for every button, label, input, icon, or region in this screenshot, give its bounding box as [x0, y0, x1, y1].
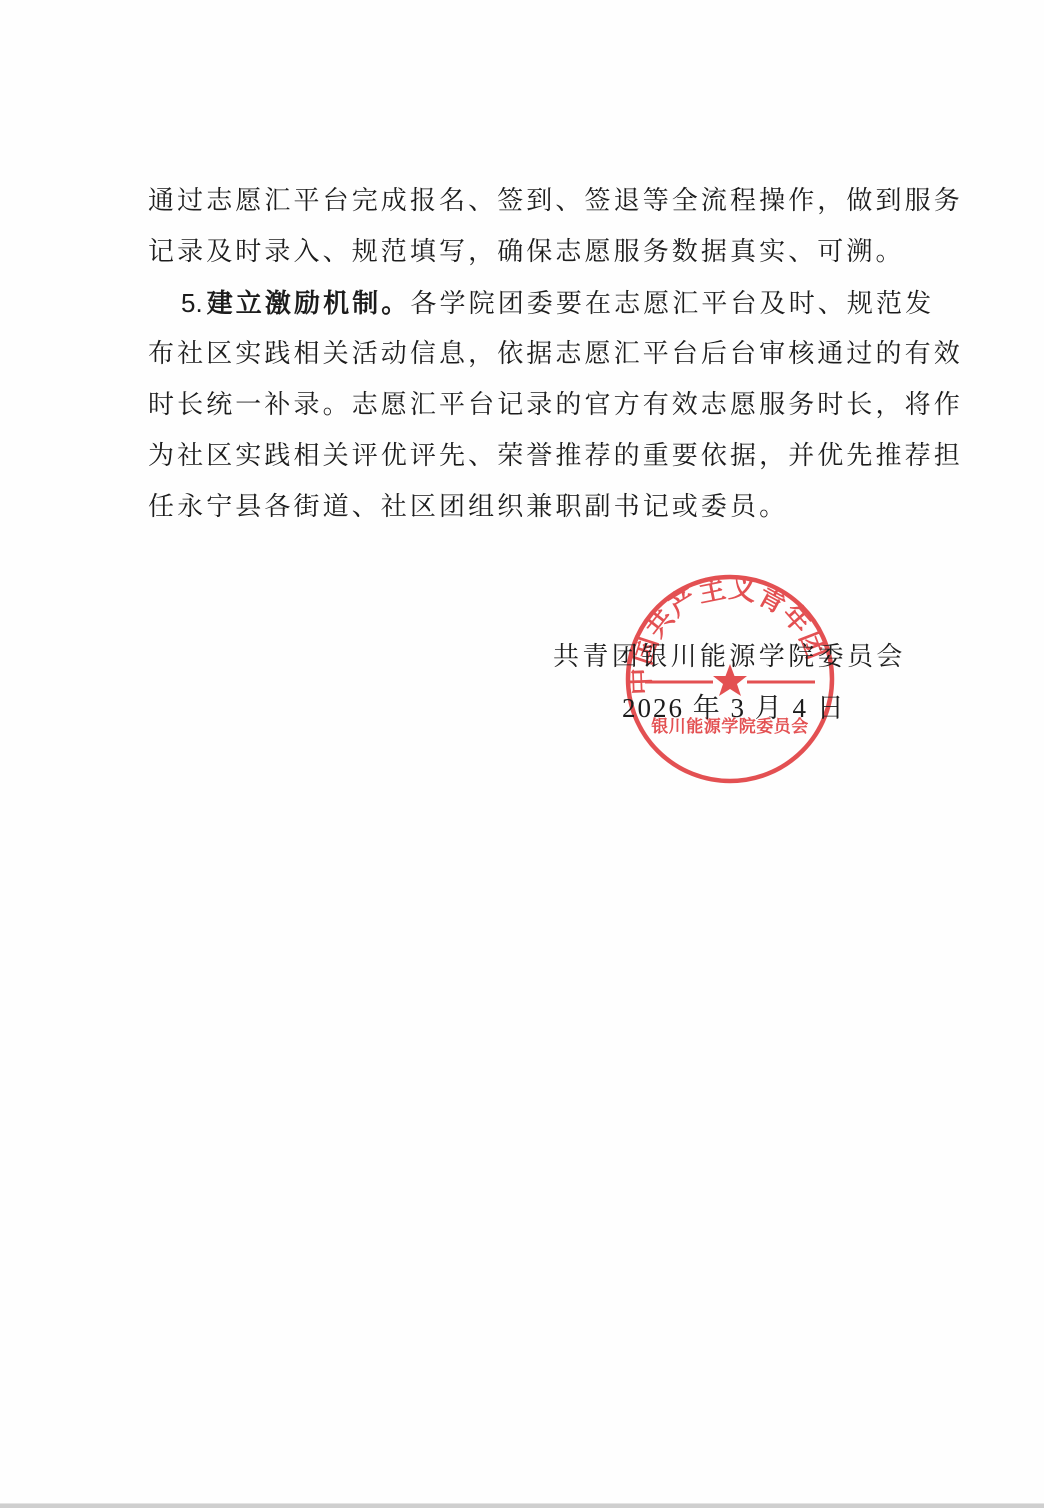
paragraph-line: 任永宁县各街道、社区团组织兼职副书记或委员。 [148, 482, 948, 533]
signature-date: 2026 年 3 月 4 日 [622, 683, 846, 734]
item-text: 各学院团委要在志愿汇平台及时、规范发 [410, 289, 934, 319]
item-heading: 建立激励机制。 [207, 289, 411, 319]
paragraph-line: 记录及时录入、规范填写，确保志愿服务数据真实、可溯。 [148, 227, 948, 278]
paragraph-line: 布社区实践相关活动信息，依据志愿汇平台后台审核通过的有效 [148, 329, 948, 380]
signature-organization: 共青团银川能源学院委员会 [553, 632, 906, 683]
item-number: 5. [181, 288, 203, 318]
body-text: 通过志愿汇平台完成报名、签到、签退等全流程操作，做到服务 记录及时录入、规范填写… [148, 176, 948, 533]
paragraph-line: 通过志愿汇平台完成报名、签到、签退等全流程操作，做到服务 [148, 176, 948, 227]
paragraph-line: 时长统一补录。志愿汇平台记录的官方有效志愿服务时长，将作 [148, 380, 948, 431]
page-boundary [0, 1503, 1044, 1508]
paragraph-line: 为社区实践相关评优评先、荣誉推荐的重要依据，并优先推荐担 [148, 431, 948, 482]
list-item-5-first-line: 5.建立激励机制。各学院团委要在志愿汇平台及时、规范发 [148, 278, 948, 329]
document-page: 通过志愿汇平台完成报名、签到、签退等全流程操作，做到服务 记录及时录入、规范填写… [0, 0, 1044, 1503]
